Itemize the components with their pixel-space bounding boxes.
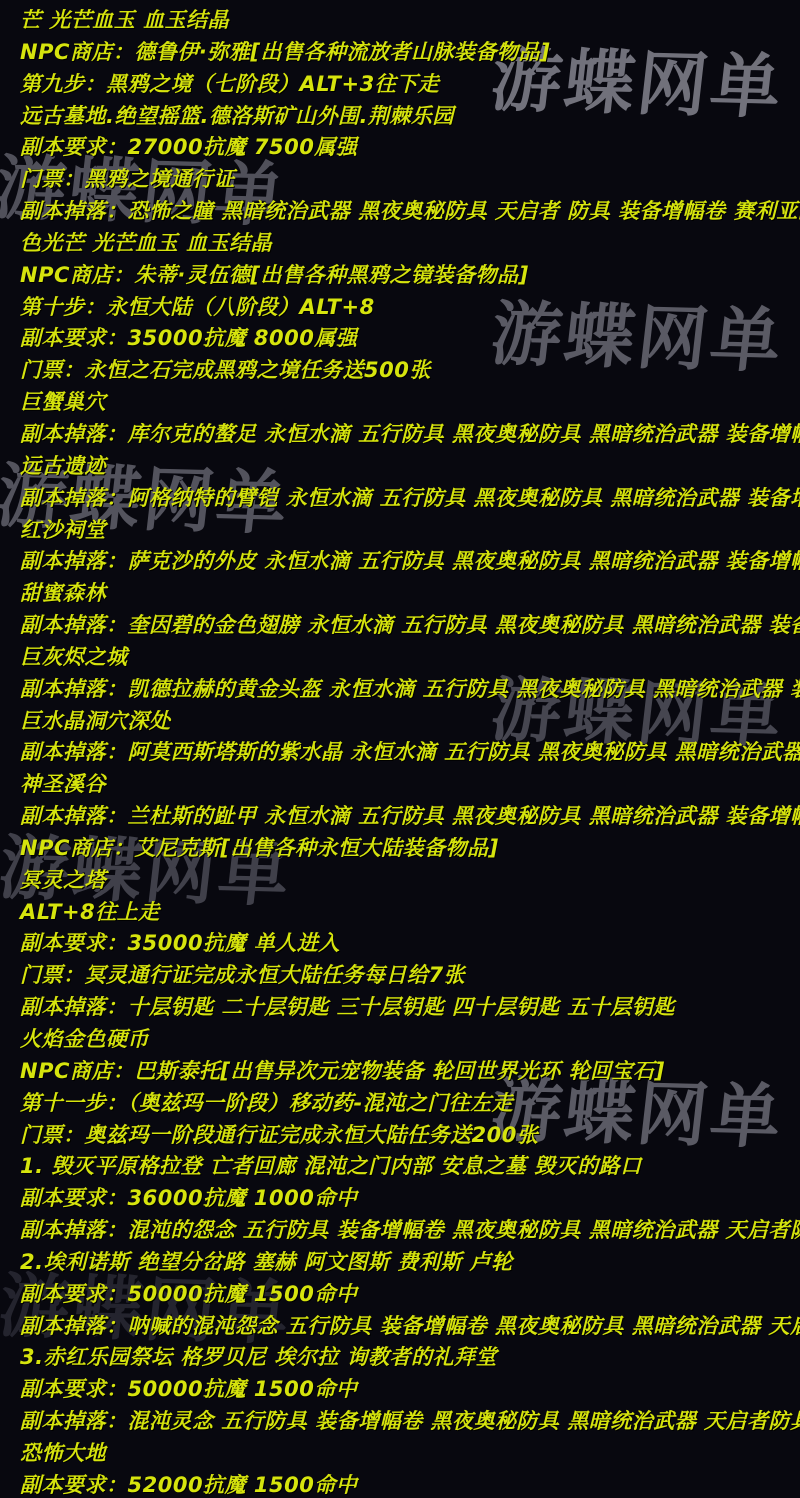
guide-line: 远古遗迹 xyxy=(0,451,800,483)
guide-line: 副本要求：35000抗魔 单人进入 xyxy=(0,928,800,960)
guide-line: 副本掉落：阿莫西斯塔斯的紫水晶 永恒水滴 五行防具 黑夜奥秘防具 黑暗统治武器 … xyxy=(0,737,800,769)
guide-line: 副本掉落：混沌灵念 五行防具 装备增幅卷 黑夜奥秘防具 黑暗统治武器 天启者防具… xyxy=(0,1406,800,1438)
guide-line: ALT+8往上走 xyxy=(0,897,800,929)
guide-line: 副本掉落：十层钥匙 二十层钥匙 三十层钥匙 四十层钥匙 五十层钥匙 xyxy=(0,992,800,1024)
guide-line: 红沙祠堂 xyxy=(0,515,800,547)
guide-line: 副本要求：52000抗魔 1500命中 xyxy=(0,1470,800,1498)
guide-line: NPC商店：巴斯泰托[出售异次元宠物装备 轮回世界光环 轮回宝石] xyxy=(0,1056,800,1088)
guide-line: 巨灰烬之城 xyxy=(0,642,800,674)
guide-line: 副本掉落：阿格纳特的臂铠 永恒水滴 五行防具 黑夜奥秘防具 黑暗统治武器 装备增… xyxy=(0,483,800,515)
guide-line: 门票：冥灵通行证完成永恒大陆任务每日给7张 xyxy=(0,960,800,992)
guide-line: 巨蟹巢穴 xyxy=(0,387,800,419)
game-guide-page: 游蝶网单 游蝶网单 游蝶网单 游蝶网单 游蝶网单 游蝶网单 游蝶网单 游蝶网单 … xyxy=(0,0,800,1498)
guide-line: 色光芒 光芒血玉 血玉结晶 xyxy=(0,228,800,260)
guide-line: 恐怖大地 xyxy=(0,1438,800,1470)
guide-line: 3.赤红乐园祭坛 格罗贝尼 埃尔拉 询教者的礼拜堂 xyxy=(0,1342,800,1374)
guide-line: 第十步：永恒大陆（八阶段）ALT+8 xyxy=(0,292,800,324)
guide-line: NPC商店：德鲁伊·弥雅[出售各种流放者山脉装备物品] xyxy=(0,37,800,69)
guide-line: 门票：永恒之石完成黑鸦之境任务送500张 xyxy=(0,355,800,387)
guide-line: 2.埃利诺斯 绝望分岔路 塞赫 阿文图斯 费利斯 卢轮 xyxy=(0,1247,800,1279)
guide-line: 火焰金色硬币 xyxy=(0,1024,800,1056)
guide-line: 副本掉落：恐怖之瞳 黑暗统治武器 黑夜奥秘防具 天启者 防具 装备增幅卷 赛利亚… xyxy=(0,196,800,228)
guide-line: 副本要求：27000抗魔 7500属强 xyxy=(0,132,800,164)
guide-line: 副本要求：35000抗魔 8000属强 xyxy=(0,323,800,355)
guide-line: 副本要求：50000抗魔 1500命中 xyxy=(0,1374,800,1406)
guide-line: 副本掉落：库尔克的螯足 永恒水滴 五行防具 黑夜奥秘防具 黑暗统治武器 装备增幅… xyxy=(0,419,800,451)
guide-text-block: 芒 光芒血玉 血玉结晶 NPC商店：德鲁伊·弥雅[出售各种流放者山脉装备物品] … xyxy=(0,0,800,1498)
guide-line: 第九步：黑鸦之境（七阶段）ALT+3往下走 xyxy=(0,69,800,101)
guide-line: 副本要求：50000抗魔 1500命中 xyxy=(0,1279,800,1311)
guide-line: 副本掉落：萨克沙的外皮 永恒水滴 五行防具 黑夜奥秘防具 黑暗统治武器 装备增幅… xyxy=(0,546,800,578)
guide-line: 门票：黑鸦之境通行证 xyxy=(0,164,800,196)
guide-line: 副本掉落：凯德拉赫的黄金头盔 永恒水滴 五行防具 黑夜奥秘防具 黑暗统治武器 装… xyxy=(0,674,800,706)
guide-line: 门票：奥兹玛一阶段通行证完成永恒大陆任务送200张 xyxy=(0,1120,800,1152)
guide-line: NPC商店：艾尼克斯[出售各种永恒大陆装备物品] xyxy=(0,833,800,865)
guide-line: 甜蜜森林 xyxy=(0,578,800,610)
guide-line: 副本掉落：混沌的怨念 五行防具 装备增幅卷 黑夜奥秘防具 黑暗统治武器 天启者防… xyxy=(0,1215,800,1247)
guide-line: 神圣溪谷 xyxy=(0,769,800,801)
guide-line: 副本掉落：兰杜斯的趾甲 永恒水滴 五行防具 黑夜奥秘防具 黑暗统治武器 装备增幅… xyxy=(0,801,800,833)
guide-line: 1. 毁灭平原格拉登 亡者回廊 混沌之门内部 安息之墓 毁灭的路口 xyxy=(0,1151,800,1183)
guide-line: 巨水晶洞穴深处 xyxy=(0,706,800,738)
guide-line: 远古墓地.绝望摇篮.德洛斯矿山外围.荆棘乐园 xyxy=(0,101,800,133)
guide-line: 第十一步：（奥兹玛一阶段）移动药-混沌之门往左走 xyxy=(0,1088,800,1120)
guide-line: 副本掉落：奎因碧的金色翅膀 永恒水滴 五行防具 黑夜奥秘防具 黑暗统治武器 装备… xyxy=(0,610,800,642)
guide-line: 冥灵之塔 xyxy=(0,865,800,897)
guide-line: NPC商店：朱蒂·灵伍德[出售各种黑鸦之镜装备物品] xyxy=(0,260,800,292)
guide-line: 副本掉落：呐喊的混沌怨念 五行防具 装备增幅卷 黑夜奥秘防具 黑暗统治武器 天启… xyxy=(0,1311,800,1343)
guide-line: 副本要求：36000抗魔 1000命中 xyxy=(0,1183,800,1215)
guide-line: 芒 光芒血玉 血玉结晶 xyxy=(0,5,800,37)
